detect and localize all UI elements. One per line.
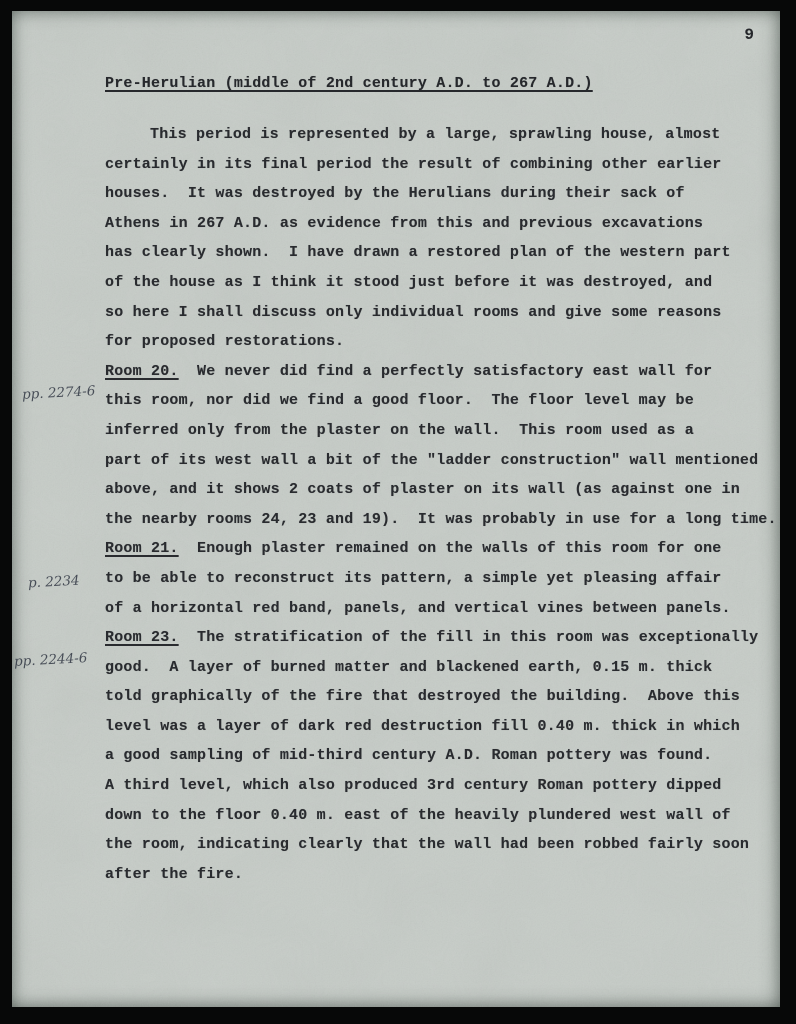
typed-line: has clearly shown. I have drawn a restor… (105, 238, 785, 268)
room-heading-underlined: Room 21. (105, 540, 179, 557)
typed-line: down to the floor 0.40 m. east of the he… (105, 801, 785, 831)
typed-line: level was a layer of dark red destructio… (105, 712, 785, 742)
margin-note-handwritten: p. 2234 (28, 573, 80, 592)
typed-line: Room 21. Enough plaster remained on the … (105, 534, 785, 564)
scan-black-border: 9 Pre-Herulian (middle of 2nd century A.… (0, 0, 796, 1024)
typed-line: This period is represented by a large, s… (105, 120, 785, 150)
typed-line: Room 23. The stratification of the fill … (105, 623, 785, 653)
typed-line: above, and it shows 2 coats of plaster o… (105, 475, 785, 505)
typed-line: Athens in 267 A.D. as evidence from this… (105, 209, 785, 239)
typed-line: so here I shall discuss only individual … (105, 298, 785, 328)
typed-line: of a horizontal red band, panels, and ve… (105, 594, 785, 624)
typed-body: This period is represented by a large, s… (105, 120, 785, 889)
room-heading-underlined: Room 20. (105, 363, 179, 380)
typed-line: houses. It was destroyed by the Herulian… (105, 179, 785, 209)
typed-line: good. A layer of burned matter and black… (105, 653, 785, 683)
page-number: 9 (744, 26, 754, 44)
typed-line: the room, indicating clearly that the wa… (105, 830, 785, 860)
typed-line: this room, nor did we find a good floor.… (105, 386, 785, 416)
typed-line: part of its west wall a bit of the "ladd… (105, 446, 785, 476)
section-heading: Pre-Herulian (middle of 2nd century A.D.… (105, 75, 593, 92)
margin-note-handwritten: pp. 2274-6 (22, 383, 96, 403)
typed-line: certainly in its final period the result… (105, 150, 785, 180)
typed-line: a good sampling of mid-third century A.D… (105, 741, 785, 771)
margin-note-handwritten: pp. 2244-6 (14, 650, 88, 670)
typed-line: told graphically of the fire that destro… (105, 682, 785, 712)
typed-line: for proposed restorations. (105, 327, 785, 357)
typed-line: the nearby rooms 24, 23 and 19). It was … (105, 505, 785, 535)
typed-line: after the fire. (105, 860, 785, 890)
paper-sheet: 9 Pre-Herulian (middle of 2nd century A.… (12, 11, 780, 1007)
typed-line: to be able to reconstruct its pattern, a… (105, 564, 785, 594)
typed-line: of the house as I think it stood just be… (105, 268, 785, 298)
typed-line: Room 20. We never did find a perfectly s… (105, 357, 785, 387)
typed-line: inferred only from the plaster on the wa… (105, 416, 785, 446)
room-heading-underlined: Room 23. (105, 629, 179, 646)
typed-line: A third level, which also produced 3rd c… (105, 771, 785, 801)
